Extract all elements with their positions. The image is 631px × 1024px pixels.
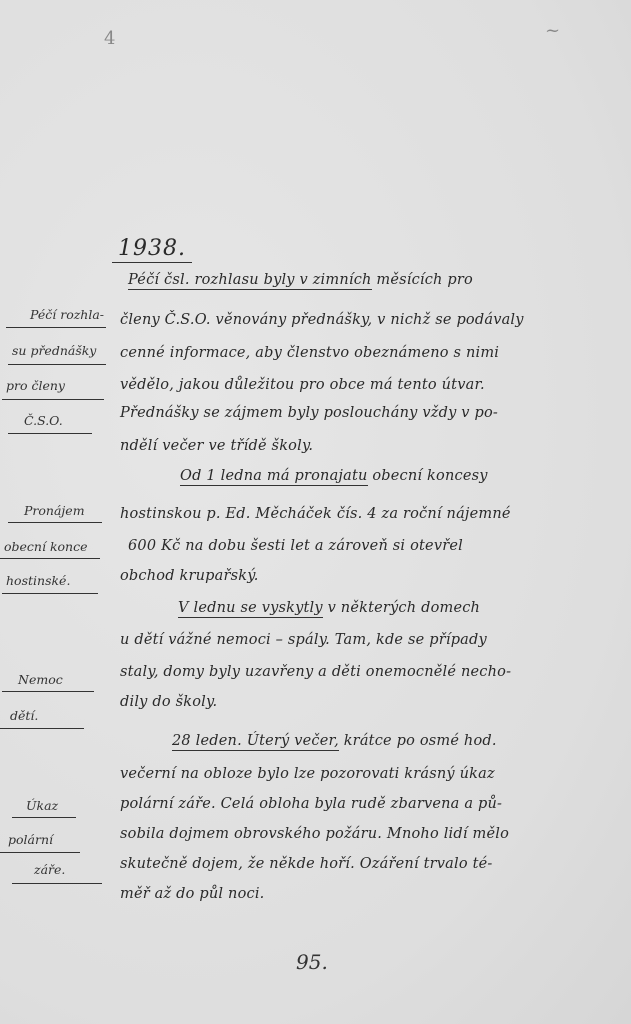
text-line: V lednu se vyskytly v některých domech xyxy=(178,600,480,616)
text-line: Od 1 ledna má pronajatu obecní koncesy xyxy=(180,468,488,484)
margin-rule xyxy=(0,852,80,853)
line-text: členy Č.S.O. věnovány přednášky, v nichž… xyxy=(120,312,524,328)
text-line: dily do školy. xyxy=(120,694,217,710)
line-text: cenné informace, aby členstvo obeznámeno… xyxy=(120,345,499,361)
line-text: v některých domech xyxy=(323,600,480,616)
underlined-lead: Péčí čsl. rozhlasu byly v zimních xyxy=(128,272,372,290)
line-text: měsících pro xyxy=(372,272,473,288)
text-line: u dětí vážné nemoci – spály. Tam, kde se… xyxy=(120,632,487,648)
margin-note-line: polární xyxy=(8,832,53,847)
text-line: sobila dojmem obrovského požáru. Mnoho l… xyxy=(120,826,509,842)
text-line: 28 leden. Úterý večer, krátce po osmé ho… xyxy=(172,733,497,749)
text-line: polární záře. Celá obloha byla rudě zbar… xyxy=(120,796,502,812)
margin-note-line: dětí. xyxy=(10,708,38,723)
line-text: polární záře. Celá obloha byla rudě zbar… xyxy=(120,796,502,812)
text-line: obchod krupařský. xyxy=(120,568,259,584)
line-text: Přednášky se zájmem byly poslouchány vžd… xyxy=(120,405,498,421)
text-line: 600 Kč na dobu šesti let a zároveň si ot… xyxy=(128,538,463,554)
line-text: krátce po osmé hod. xyxy=(339,733,497,749)
line-text: staly, domy byly uzavřeny a děti onemocn… xyxy=(120,664,511,680)
text-line: Péčí čsl. rozhlasu byly v zimních měsící… xyxy=(128,272,473,288)
line-text: vědělo, jakou důležitou pro obce má tent… xyxy=(120,377,485,393)
line-text: 600 Kč na dobu šesti let a zároveň si ot… xyxy=(128,538,463,554)
margin-note-line: Pronájem xyxy=(24,503,85,518)
margin-rule xyxy=(8,364,106,365)
text-line: Přednášky se zájmem byly poslouchány vžd… xyxy=(120,405,498,421)
underlined-lead: Od 1 ledna má pronajatu xyxy=(180,468,368,486)
text-line: večerní na obloze bylo lze pozorovati kr… xyxy=(120,766,495,782)
margin-note-line: obecní konce xyxy=(4,539,88,554)
margin-note-line: Úkaz xyxy=(26,798,58,813)
text-line: členy Č.S.O. věnovány přednášky, v nichž… xyxy=(120,312,524,328)
underlined-lead: V lednu se vyskytly xyxy=(178,600,323,618)
margin-rule xyxy=(6,327,106,328)
line-text: měř až do půl noci. xyxy=(120,886,265,902)
margin-rule xyxy=(2,593,98,594)
line-text: u dětí vážné nemoci – spály. Tam, kde se… xyxy=(120,632,487,648)
margin-note-line: záře. xyxy=(34,862,65,877)
pencil-mark-top-left: 4 xyxy=(104,28,115,49)
margin-rule xyxy=(8,522,102,523)
margin-note-line: pro členy xyxy=(6,378,65,393)
line-text: sobila dojmem obrovského požáru. Mnoho l… xyxy=(120,826,509,842)
text-line: ndělí večer ve třídě školy. xyxy=(120,438,313,454)
margin-note-line: su přednášky xyxy=(12,343,96,358)
line-text: hostinskou p. Ed. Měcháček čís. 4 za roč… xyxy=(120,506,511,522)
line-text: obchod krupařský. xyxy=(120,568,259,584)
margin-note-line: Péčí rozhla- xyxy=(30,307,104,322)
margin-rule xyxy=(12,883,102,884)
line-text: večerní na obloze bylo lze pozorovati kr… xyxy=(120,766,495,782)
margin-rule xyxy=(8,433,92,434)
margin-rule xyxy=(12,817,76,818)
line-text: skutečně dojem, že někde hoří. Ozáření t… xyxy=(120,856,493,872)
pencil-mark-top-right: ~ xyxy=(545,20,560,41)
text-line: měř až do půl noci. xyxy=(120,886,265,902)
text-line: staly, domy byly uzavřeny a děti onemocn… xyxy=(120,664,511,680)
year-heading: 1938. xyxy=(112,236,192,263)
margin-rule xyxy=(0,558,100,559)
text-line: vědělo, jakou důležitou pro obce má tent… xyxy=(120,377,485,393)
text-line: skutečně dojem, že někde hoří. Ozáření t… xyxy=(120,856,493,872)
text-line: hostinskou p. Ed. Měcháček čís. 4 za roč… xyxy=(120,506,511,522)
line-text: obecní koncesy xyxy=(368,468,488,484)
page-number: 95. xyxy=(296,950,328,974)
margin-rule xyxy=(0,728,84,729)
text-line: cenné informace, aby členstvo obeznámeno… xyxy=(120,345,499,361)
margin-note-line: Č.S.O. xyxy=(24,413,63,428)
margin-rule xyxy=(2,399,104,400)
line-text: dily do školy. xyxy=(120,694,217,710)
margin-rule xyxy=(2,691,94,692)
line-text: ndělí večer ve třídě školy. xyxy=(120,438,313,454)
underlined-lead: 28 leden. Úterý večer, xyxy=(172,733,339,751)
margin-note-line: Nemoc xyxy=(18,672,63,687)
margin-note-line: hostinské. xyxy=(6,573,70,588)
